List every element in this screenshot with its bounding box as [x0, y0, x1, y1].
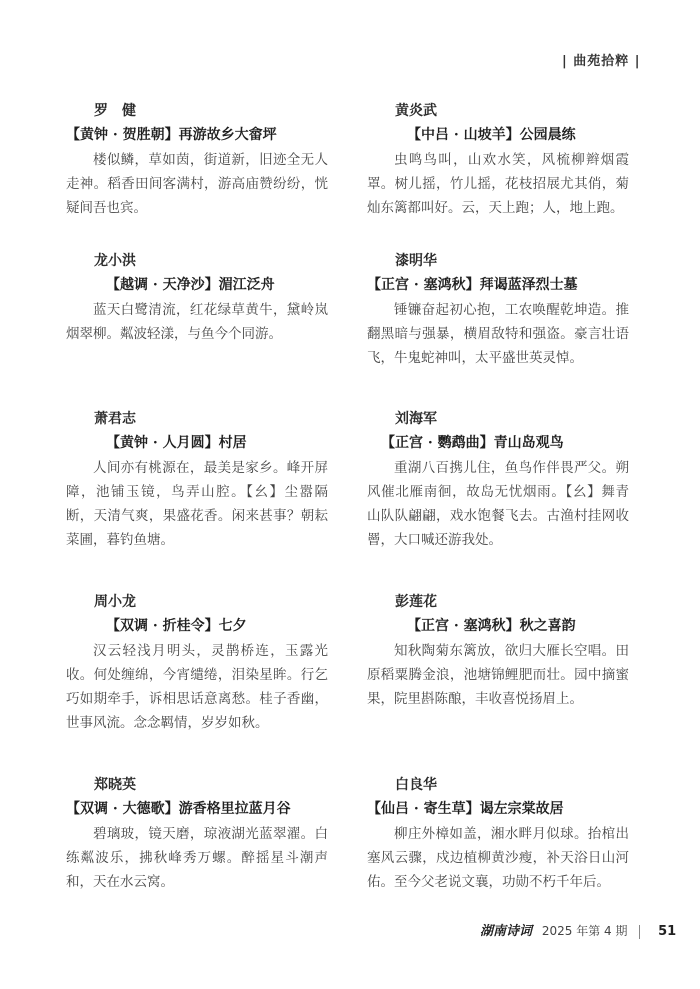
- poem: 郑晓英 【双调 · 大德歌】游香格里拉蓝月谷 碧璃玻，镜天磨，琼液湖光蓝翠濯。白…: [66, 774, 328, 894]
- poem: 彭莲花 【正宫 · 塞鸿秋】秋之喜韵 知秋陶菊东篱放，欲归大雁长空唱。田原稻粟腾…: [367, 591, 629, 774]
- poem-author: 郑晓英: [66, 774, 328, 796]
- poem-author: 刘海军: [367, 408, 629, 430]
- poem-body: 重湖八百携儿住，鱼鸟作伴畏严父。朔风催北雁南徊，故岛无忧烟雨。【幺】舞青山队队翩…: [367, 456, 629, 552]
- poem-body: 虫鸣鸟叫，山欢水笑，风梳柳辫烟霞罩。树儿摇，竹儿摇，花枝招展尤其俏，菊灿东篱都叫…: [367, 148, 629, 220]
- poem-author: 龙小洪: [66, 250, 328, 272]
- section-tag: | 曲苑拾粹 |: [562, 50, 641, 69]
- poem: 黄炎武 【中吕 · 山坡羊】公园晨练 虫鸣鸟叫，山欢水笑，风梳柳辫烟霞罩。树儿摇…: [367, 100, 629, 250]
- poem-author: 罗 健: [66, 100, 328, 122]
- poem: 罗 健 【黄钟 · 贺胜朝】再游故乡大畲坪 楼似鳞，草如茵，街道新，旧迹全无人走…: [66, 100, 328, 250]
- poem-title: 【双调 · 大德歌】游香格里拉蓝月谷: [66, 796, 328, 822]
- poem-body: 汉云轻浅月明头，灵鹊桥连，玉露光收。何处缠绵，今宵缱绻，泪染星眸。行乞巧如期牵手…: [66, 639, 328, 735]
- poem-author: 漆明华: [367, 250, 629, 272]
- page-footer: 湖南诗词 2025 年第 4 期 51: [480, 920, 676, 939]
- poem-title: 【正宫 · 鹦鹉曲】青山岛观鸟: [367, 430, 629, 456]
- page-number: 51: [658, 924, 676, 939]
- footer-divider: [639, 925, 640, 939]
- poem-body: 柳庄外樟如盖，湘水畔月似球。抬棺出塞风云骤，戍边植柳黄沙瘦，补天浴日山河佑。至今…: [367, 822, 629, 894]
- poem-author: 黄炎武: [367, 100, 629, 122]
- poem-author: 周小龙: [66, 591, 328, 613]
- poem-title: 【仙吕 · 寄生草】谒左宗棠故居: [367, 796, 629, 822]
- poem-author: 白良华: [367, 774, 629, 796]
- poem-body: 蓝天白鹭清流，红花绿草黄牛，黛岭岚烟翠柳。粼波轻漾，与鱼今个同游。: [66, 298, 328, 346]
- poem-author: 萧君志: [66, 408, 328, 430]
- poem-title: 【双调 · 折桂令】七夕: [66, 613, 328, 639]
- poem: 漆明华 【正宫 · 塞鸿秋】拜谒蓝泽烈士墓 锤镰奋起初心抱，工农唤醒乾坤造。推翻…: [367, 250, 629, 408]
- poem: 萧君志 【黄钟 · 人月圆】村居 人间亦有桃源在，最美是家乡。峰开屏障，池铺玉镜…: [66, 408, 328, 591]
- poem-title: 【越调 · 天净沙】湄江泛舟: [66, 272, 328, 298]
- poem-author: 彭莲花: [367, 591, 629, 613]
- poem-body: 楼似鳞，草如茵，街道新，旧迹全无人走神。稻香田间客满村，游高庙赞纷纷，恍疑间吾也…: [66, 148, 328, 220]
- poem-body: 人间亦有桃源在，最美是家乡。峰开屏障，池铺玉镜，鸟弄山腔。【幺】尘嚣隔断，天清气…: [66, 456, 328, 552]
- poem-body: 碧璃玻，镜天磨，琼液湖光蓝翠濯。白练粼波乐，拂秋峰秀万螺。醉摇星斗潮声和，天在水…: [66, 822, 328, 894]
- poem-body: 锤镰奋起初心抱，工农唤醒乾坤造。推翻黑暗与强暴，横眉敌特和强盗。豪言壮语飞，牛鬼…: [367, 298, 629, 370]
- right-column: 黄炎武 【中吕 · 山坡羊】公园晨练 虫鸣鸟叫，山欢水笑，风梳柳辫烟霞罩。树儿摇…: [367, 100, 629, 894]
- left-column: 罗 健 【黄钟 · 贺胜朝】再游故乡大畲坪 楼似鳞，草如茵，街道新，旧迹全无人走…: [66, 100, 328, 894]
- poem: 龙小洪 【越调 · 天净沙】湄江泛舟 蓝天白鹭清流，红花绿草黄牛，黛岭岚烟翠柳。…: [66, 250, 328, 408]
- magazine-logo: 湖南诗词: [480, 924, 532, 939]
- issue-label: 2025 年第 4 期: [542, 924, 628, 938]
- poem: 白良华 【仙吕 · 寄生草】谒左宗棠故居 柳庄外樟如盖，湘水畔月似球。抬棺出塞风…: [367, 774, 629, 894]
- poem-title: 【黄钟 · 贺胜朝】再游故乡大畲坪: [66, 122, 328, 148]
- poem-body: 知秋陶菊东篱放，欲归大雁长空唱。田原稻粟腾金浪，池塘锦鲤肥而壮。园中摘蜜果，院里…: [367, 639, 629, 711]
- poem: 刘海军 【正宫 · 鹦鹉曲】青山岛观鸟 重湖八百携儿住，鱼鸟作伴畏严父。朔风催北…: [367, 408, 629, 591]
- poem: 周小龙 【双调 · 折桂令】七夕 汉云轻浅月明头，灵鹊桥连，玉露光收。何处缠绵，…: [66, 591, 328, 774]
- poem-title: 【中吕 · 山坡羊】公园晨练: [367, 122, 629, 148]
- poem-title: 【黄钟 · 人月圆】村居: [66, 430, 328, 456]
- poem-title: 【正宫 · 塞鸿秋】拜谒蓝泽烈士墓: [367, 272, 629, 298]
- poem-title: 【正宫 · 塞鸿秋】秋之喜韵: [367, 613, 629, 639]
